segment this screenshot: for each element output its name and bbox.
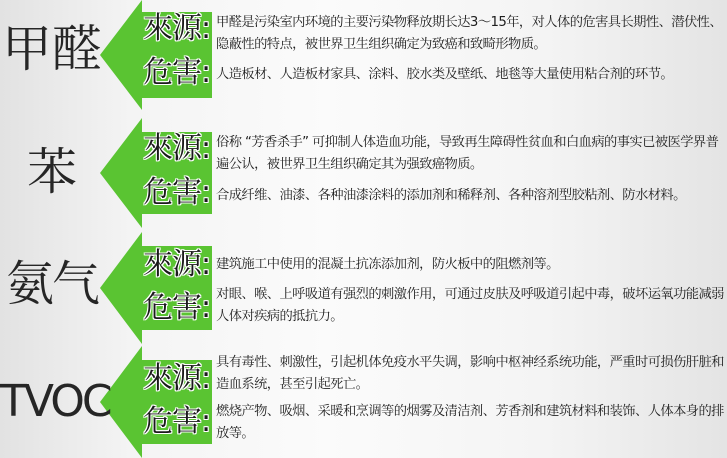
source-label: 來源: <box>143 250 210 280</box>
harm-label: 危害: <box>143 58 210 88</box>
harm-label: 危害: <box>143 178 210 208</box>
harm-label: 危害: <box>143 407 210 437</box>
harm-text: 合成纤维、油漆、各种油漆涂料的添加剂和稀释剂、各种溶剂型胶粘剂、防水材料。 <box>216 185 724 207</box>
source-label: 來源: <box>143 364 210 394</box>
pollutant-row-tvoc: TVOC 來源: 危害: 具有毒性、刺激性，引起机体免疫水平失调，影响中枢神经系… <box>0 346 727 458</box>
source-text: 具有毒性、刺激性，引起机体免疫水平失调，影响中枢神经系统功能，严重时可损伤肝脏和… <box>216 352 724 396</box>
harm-label: 危害: <box>143 293 210 323</box>
source-text: 俗称 “芳香杀手” 可抑制人体造血功能，导致再生障碍性贫血和白血病的事实已被医学… <box>216 132 724 176</box>
harm-text: 对眼、喉、上呼吸道有强烈的刺激作用，可通过皮肤及呼吸道引起中毒，破坏运氧功能减弱… <box>216 284 724 328</box>
source-label: 來源: <box>143 134 210 164</box>
harm-text: 燃烧产物、吸烟、采暖和烹调等的烟雾及清洁剂、芳香剂和建筑材料和装饰、人体本身的排… <box>216 401 724 445</box>
source-text: 甲醛是污染室内环境的主要污染物释放期长达3～15年，对人体的危害具长期性、潜伏性… <box>216 12 724 56</box>
source-label: 來源: <box>143 14 210 44</box>
pollutant-name: TVOC <box>0 380 104 424</box>
pollutant-name: 氨气 <box>0 260 104 308</box>
pollutant-row-formaldehyde: 甲醛 來源: 危害: 甲醛是污染室内环境的主要污染物释放期长达3～15年，对人体… <box>0 0 727 110</box>
source-text: 建筑施工中使用的混凝土抗冻添加剂，防火板中的阻燃剂等。 <box>216 254 724 276</box>
pollutant-row-ammonia: 氨气 來源: 危害: 建筑施工中使用的混凝土抗冻添加剂，防火板中的阻燃剂等。 对… <box>0 232 727 344</box>
harm-text: 人造板材、人造板材家具、涂料、胶水类及壁纸、地毯等大量使用粘合剂的环节。 <box>216 64 724 86</box>
pollutant-name: 苯 <box>0 147 104 197</box>
pollutant-row-benzene: 苯 來源: 危害: 俗称 “芳香杀手” 可抑制人体造血功能，导致再生障碍性贫血和… <box>0 118 727 228</box>
pollutant-name: 甲醛 <box>0 24 104 74</box>
